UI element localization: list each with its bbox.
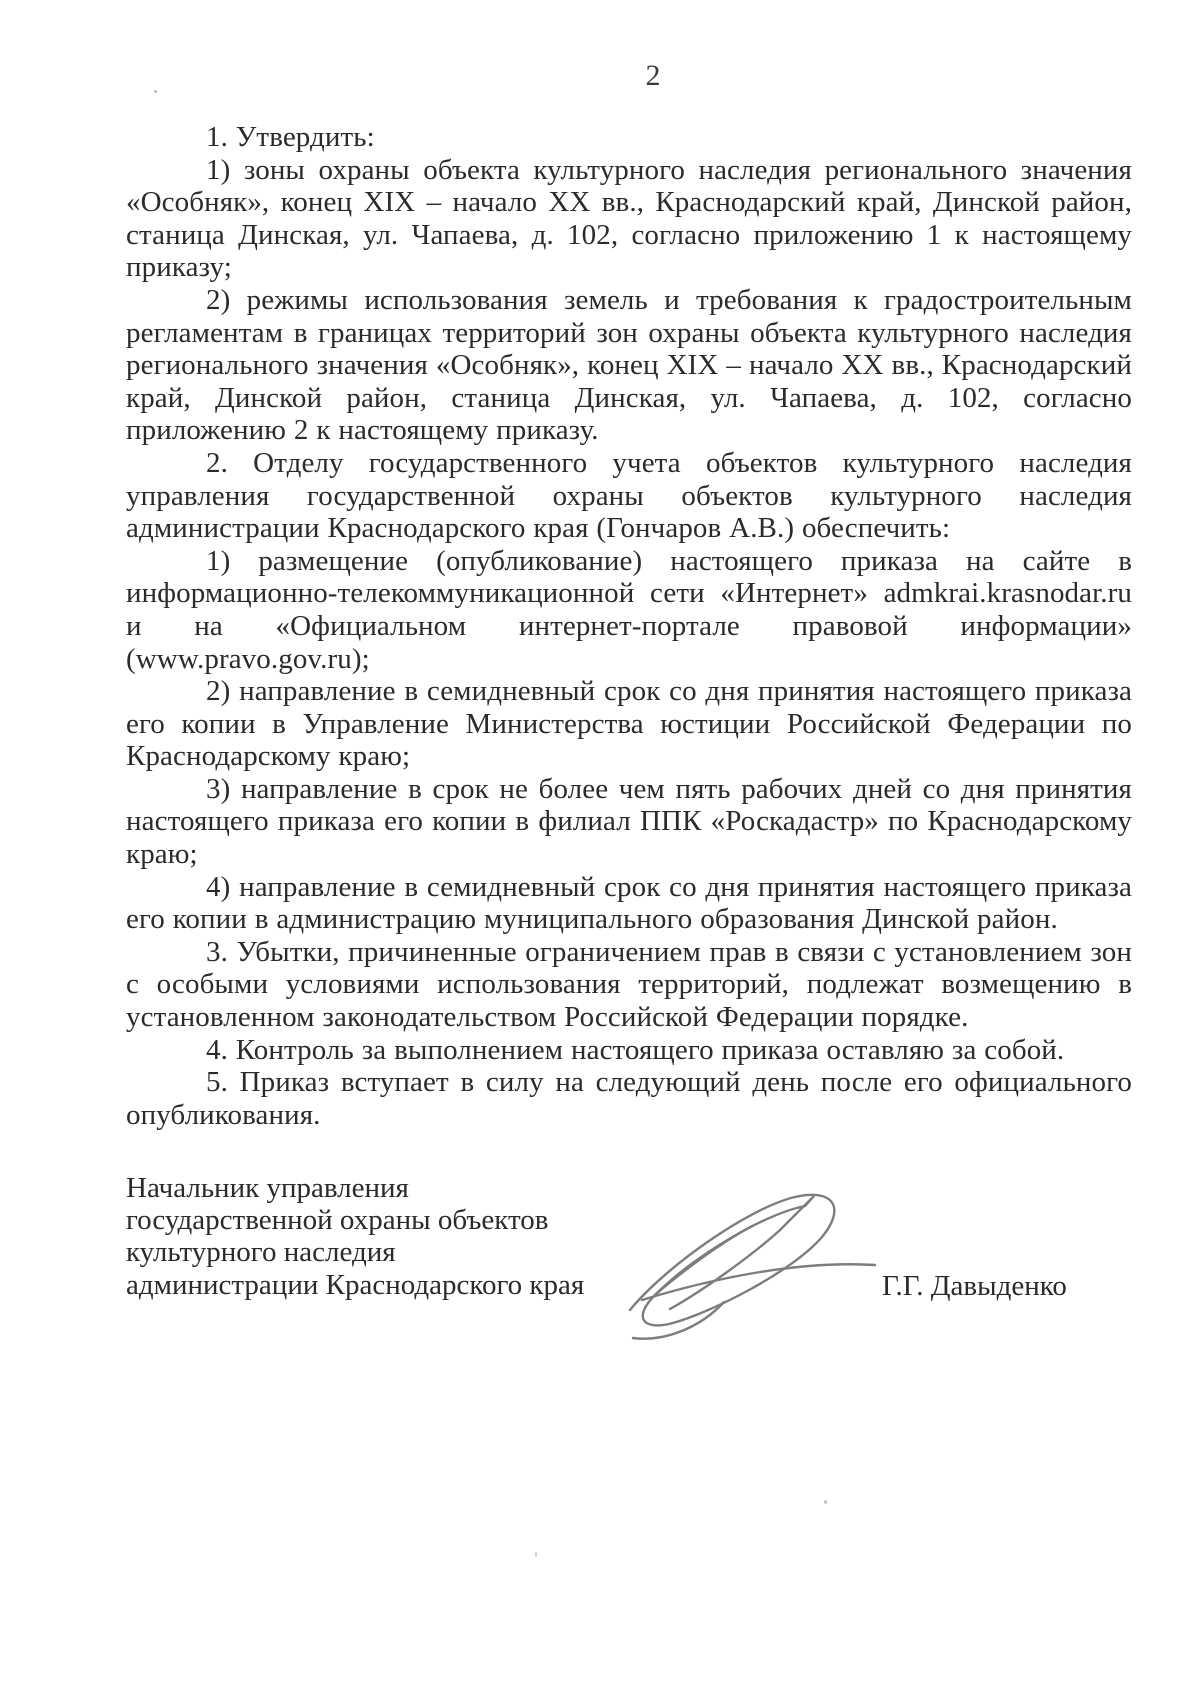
document-body: 1. Утвердить: 1) зоны охраны объекта кул… xyxy=(126,121,1132,1131)
paragraph: 2) режимы использования земель и требова… xyxy=(126,284,1132,447)
paragraph: 2) направление в семидневный срок со дня… xyxy=(126,675,1132,773)
paragraph: 5. Приказ вступает в силу на следующий д… xyxy=(126,1066,1132,1131)
scan-artifact-dot xyxy=(154,90,157,93)
paragraph: 4) направление в семидневный срок со дня… xyxy=(126,871,1132,936)
paragraph: 1) размещение (опубликование) настоящего… xyxy=(126,545,1132,675)
page-number: 2 xyxy=(0,60,1200,92)
paragraph: 1) зоны охраны объекта культурного насле… xyxy=(126,154,1132,284)
scan-artifact-dot xyxy=(535,1552,537,1557)
signatory-name: Г.Г. Давыденко xyxy=(882,1270,1067,1302)
paragraph: 3. Убытки, причиненные ограничением прав… xyxy=(126,936,1132,1034)
signature-block: Начальник управления государственной охр… xyxy=(126,1172,1132,1352)
scan-artifact-dot xyxy=(824,1500,827,1504)
scanned-document-page: 2 1. Утвердить: 1) зоны охраны объекта к… xyxy=(0,0,1200,1699)
paragraph: 2. Отделу государственного учета объекто… xyxy=(126,447,1132,545)
paragraph: 1. Утвердить: xyxy=(126,121,1132,154)
handwritten-signature-icon xyxy=(612,1188,880,1340)
paragraph: 4. Контроль за выполнением настоящего пр… xyxy=(126,1034,1132,1067)
paragraph: 3) направление в срок не более чем пять … xyxy=(126,773,1132,871)
